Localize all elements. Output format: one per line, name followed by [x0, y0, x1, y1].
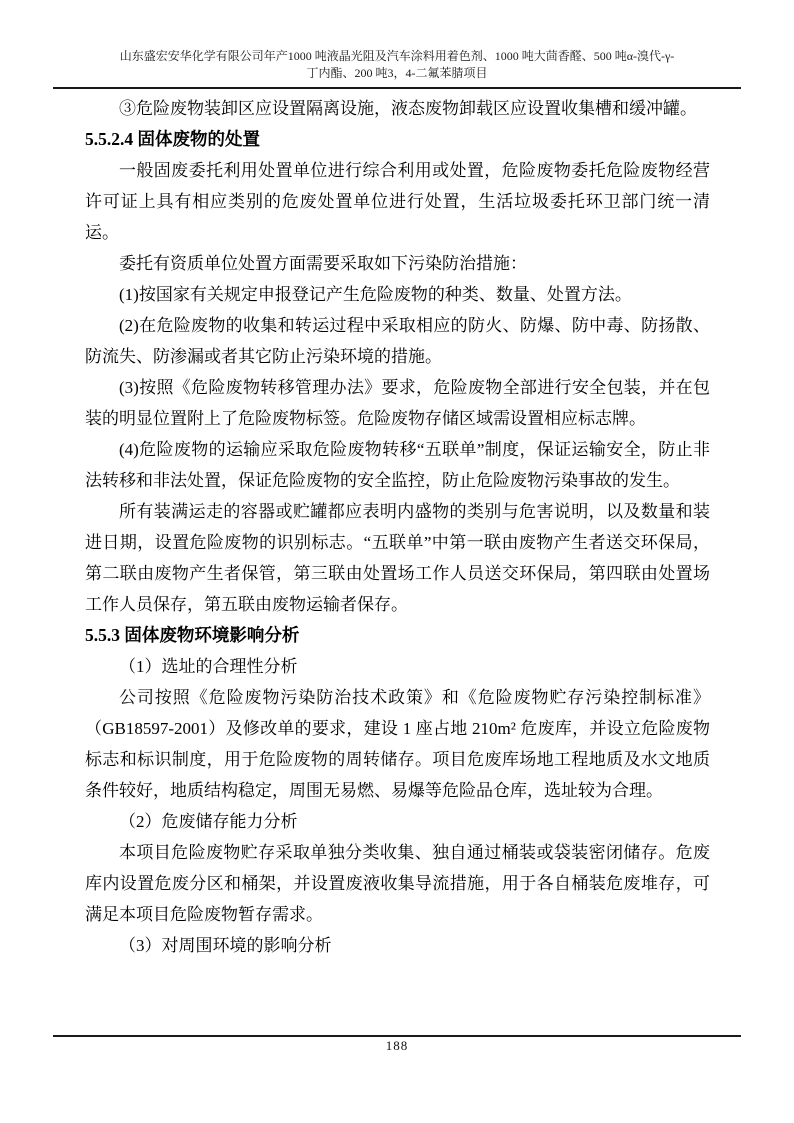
page-number: 188 [386, 1038, 409, 1054]
document-page: 山东盛宏安华化学有限公司年产1000 吨液晶光阻及汽车涂料用着色剂、1000 吨… [0, 0, 794, 1123]
paragraph: （1）选址的合理性分析 [85, 651, 710, 682]
page-footer: 188 [53, 1035, 741, 1055]
paragraph: 公司按照《危险废物污染防治技术政策》和《危险废物贮存污染控制标准》（GB1859… [85, 682, 710, 806]
page-header: 山东盛宏安华化学有限公司年产1000 吨液晶光阻及汽车涂料用着色剂、1000 吨… [53, 48, 741, 89]
header-line-1: 山东盛宏安华化学有限公司年产1000 吨液晶光阻及汽车涂料用着色剂、1000 吨… [53, 48, 741, 65]
paragraph: (3)按照《危险废物转移管理办法》要求，危险废物全部进行安全包装，并在包装的明显… [85, 372, 710, 434]
paragraph: 委托有资质单位处置方面需要采取如下污染防治措施： [85, 248, 710, 279]
document-body: ③危险废物装卸区应设置隔离设施，液态废物卸载区应设置收集槽和缓冲罐。 5.5.2… [85, 93, 710, 961]
paragraph: ③危险废物装卸区应设置隔离设施，液态废物卸载区应设置收集槽和缓冲罐。 [85, 93, 710, 124]
paragraph: 所有装满运走的容器或贮罐都应表明内盛物的类别与危害说明，以及数量和装进日期，设置… [85, 496, 710, 620]
paragraph: (2)在危险废物的收集和转运过程中采取相应的防火、防爆、防中毒、防扬散、 防流失… [85, 310, 710, 372]
paragraph: （2）危废储存能力分析 [85, 806, 710, 837]
paragraph: 一般固废委托利用处置单位进行综合利用或处置，危险废物委托危险废物经营许可证上具有… [85, 155, 710, 248]
paragraph: (4)危险废物的运输应采取危险废物转移“五联单”制度，保证运输安全，防止非法转移… [85, 434, 710, 496]
header-line-2: 丁内酯、200 吨3，4-二氟苯腈项目 [53, 65, 741, 82]
paragraph: 本项目危险废物贮存采取单独分类收集、独自通过桶装或袋装密闭储存。危废库内设置危废… [85, 837, 710, 930]
paragraph: （3）对周围环境的影响分析 [85, 930, 710, 961]
paragraph: (1)按国家有关规定申报登记产生危险废物的种类、数量、处置方法。 [85, 279, 710, 310]
section-heading: 5.5.3 固体废物环境影响分析 [85, 620, 710, 651]
section-heading: 5.5.2.4 固体废物的处置 [85, 124, 710, 155]
